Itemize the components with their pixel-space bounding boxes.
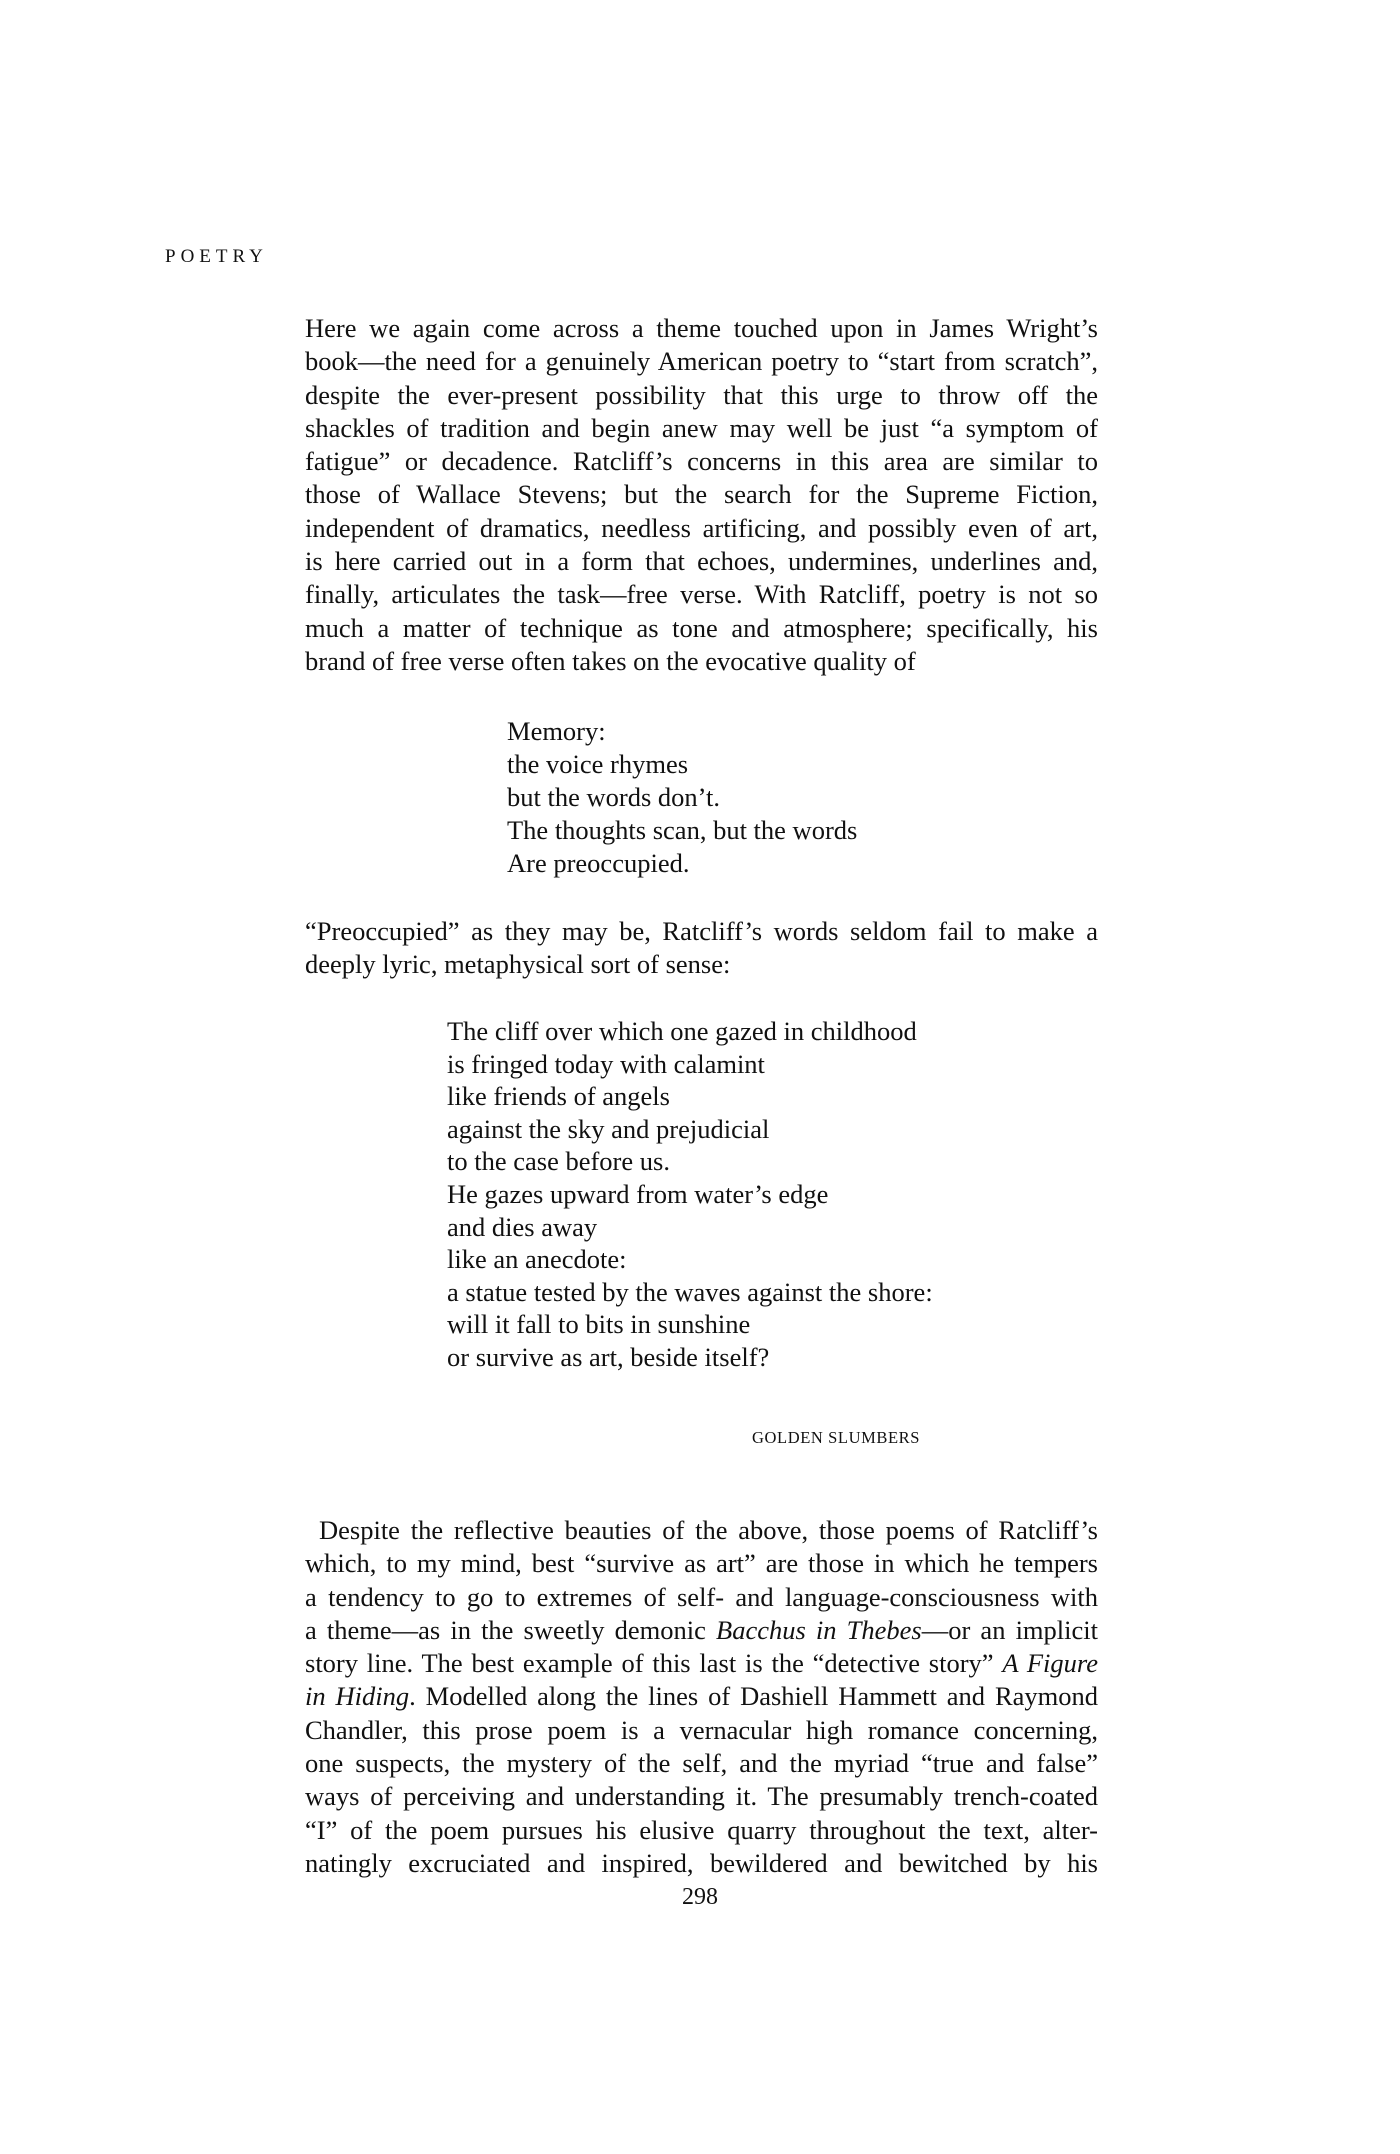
- work-title: A Figure: [1002, 1648, 1098, 1678]
- text-run: a theme—as in the sweetly demonic: [305, 1615, 716, 1645]
- poem-line: to the case before us.: [447, 1145, 933, 1178]
- text-line: natingly excruciated and inspired, bewil…: [305, 1847, 1098, 1880]
- text-line: story line. The best example of this las…: [305, 1647, 1098, 1680]
- text-line: which, to my mind, best “survive as art”…: [305, 1547, 1098, 1580]
- text-line: in Hiding. Modelled along the lines of D…: [305, 1680, 1098, 1713]
- work-title: Bacchus in Thebes: [716, 1615, 922, 1645]
- text-run: . Modelled along the lines of Dashiell H…: [409, 1681, 1098, 1711]
- text-line: despite the ever-present possibility tha…: [305, 379, 1098, 412]
- text-line: “Preoccupied” as they may be, Ratcliff’s…: [305, 915, 1098, 948]
- poem-line: The cliff over which one gazed in childh…: [447, 1015, 933, 1048]
- paragraph-3: Despite the reflective beauties of the a…: [305, 1514, 1098, 1880]
- poem-line: like an anecdote:: [447, 1243, 933, 1276]
- text-line: a tendency to go to extremes of self- an…: [305, 1581, 1098, 1614]
- text-line: Here we again come across a theme touche…: [305, 312, 1098, 345]
- text-line: Despite the reflective beauties of the a…: [305, 1514, 1098, 1547]
- text-line: brand of free verse often takes on the e…: [305, 645, 1098, 678]
- text-run: story line. The best example of this las…: [305, 1648, 1002, 1678]
- work-title: in Hiding: [305, 1681, 409, 1711]
- text-line: is here carried out in a form that echoe…: [305, 545, 1098, 578]
- text-run: —or an implicit: [922, 1615, 1098, 1645]
- text-line: much a matter of technique as tone and a…: [305, 612, 1098, 645]
- text-line: book—the need for a genuinely American p…: [305, 345, 1098, 378]
- poem-line: Memory:: [507, 715, 857, 748]
- text-line: finally, articulates the task—free verse…: [305, 578, 1098, 611]
- paragraph-2: “Preoccupied” as they may be, Ratcliff’s…: [305, 915, 1098, 982]
- poem-line: a statue tested by the waves against the…: [447, 1276, 933, 1309]
- text-line: ways of perceiving and understanding it.…: [305, 1780, 1098, 1813]
- text-line: deeply lyric, metaphysical sort of sense…: [305, 948, 1098, 981]
- text-line: “I” of the poem pursues his elusive quar…: [305, 1814, 1098, 1847]
- text-line: independent of dramatics, needless artif…: [305, 512, 1098, 545]
- poem-line: will it fall to bits in sunshine: [447, 1308, 933, 1341]
- poem-line: like friends of angels: [447, 1080, 933, 1113]
- poem-line: and dies away: [447, 1211, 933, 1244]
- quoted-poem-memory: Memory: the voice rhymes but the words d…: [507, 715, 857, 880]
- text-line: shackles of tradition and begin anew may…: [305, 412, 1098, 445]
- running-head: POETRY: [165, 246, 268, 268]
- text-line: Chandler, this prose poem is a vernacula…: [305, 1714, 1098, 1747]
- poem-line: is fringed today with calamint: [447, 1048, 933, 1081]
- poem-line: Are preoccupied.: [507, 847, 857, 880]
- poem-source-caption: GOLDEN SLUMBERS: [752, 1428, 920, 1448]
- quoted-poem-golden-slumbers: The cliff over which one gazed in childh…: [447, 1015, 933, 1374]
- poem-line: the voice rhymes: [507, 748, 857, 781]
- text-line: fatigue” or decadence. Ratcliff’s concer…: [305, 445, 1098, 478]
- poem-line: or survive as art, beside itself?: [447, 1341, 933, 1374]
- text-line: those of Wallace Stevens; but the search…: [305, 478, 1098, 511]
- text-line: a theme—as in the sweetly demonic Bacchu…: [305, 1614, 1098, 1647]
- text-line: one suspects, the mystery of the self, a…: [305, 1747, 1098, 1780]
- poem-line: but the words don’t.: [507, 781, 857, 814]
- poem-line: The thoughts scan, but the words: [507, 814, 857, 847]
- poem-line: against the sky and prejudicial: [447, 1113, 933, 1146]
- page-number: 298: [682, 1884, 718, 1911]
- paragraph-1: Here we again come across a theme touche…: [305, 312, 1098, 678]
- poem-line: He gazes upward from water’s edge: [447, 1178, 933, 1211]
